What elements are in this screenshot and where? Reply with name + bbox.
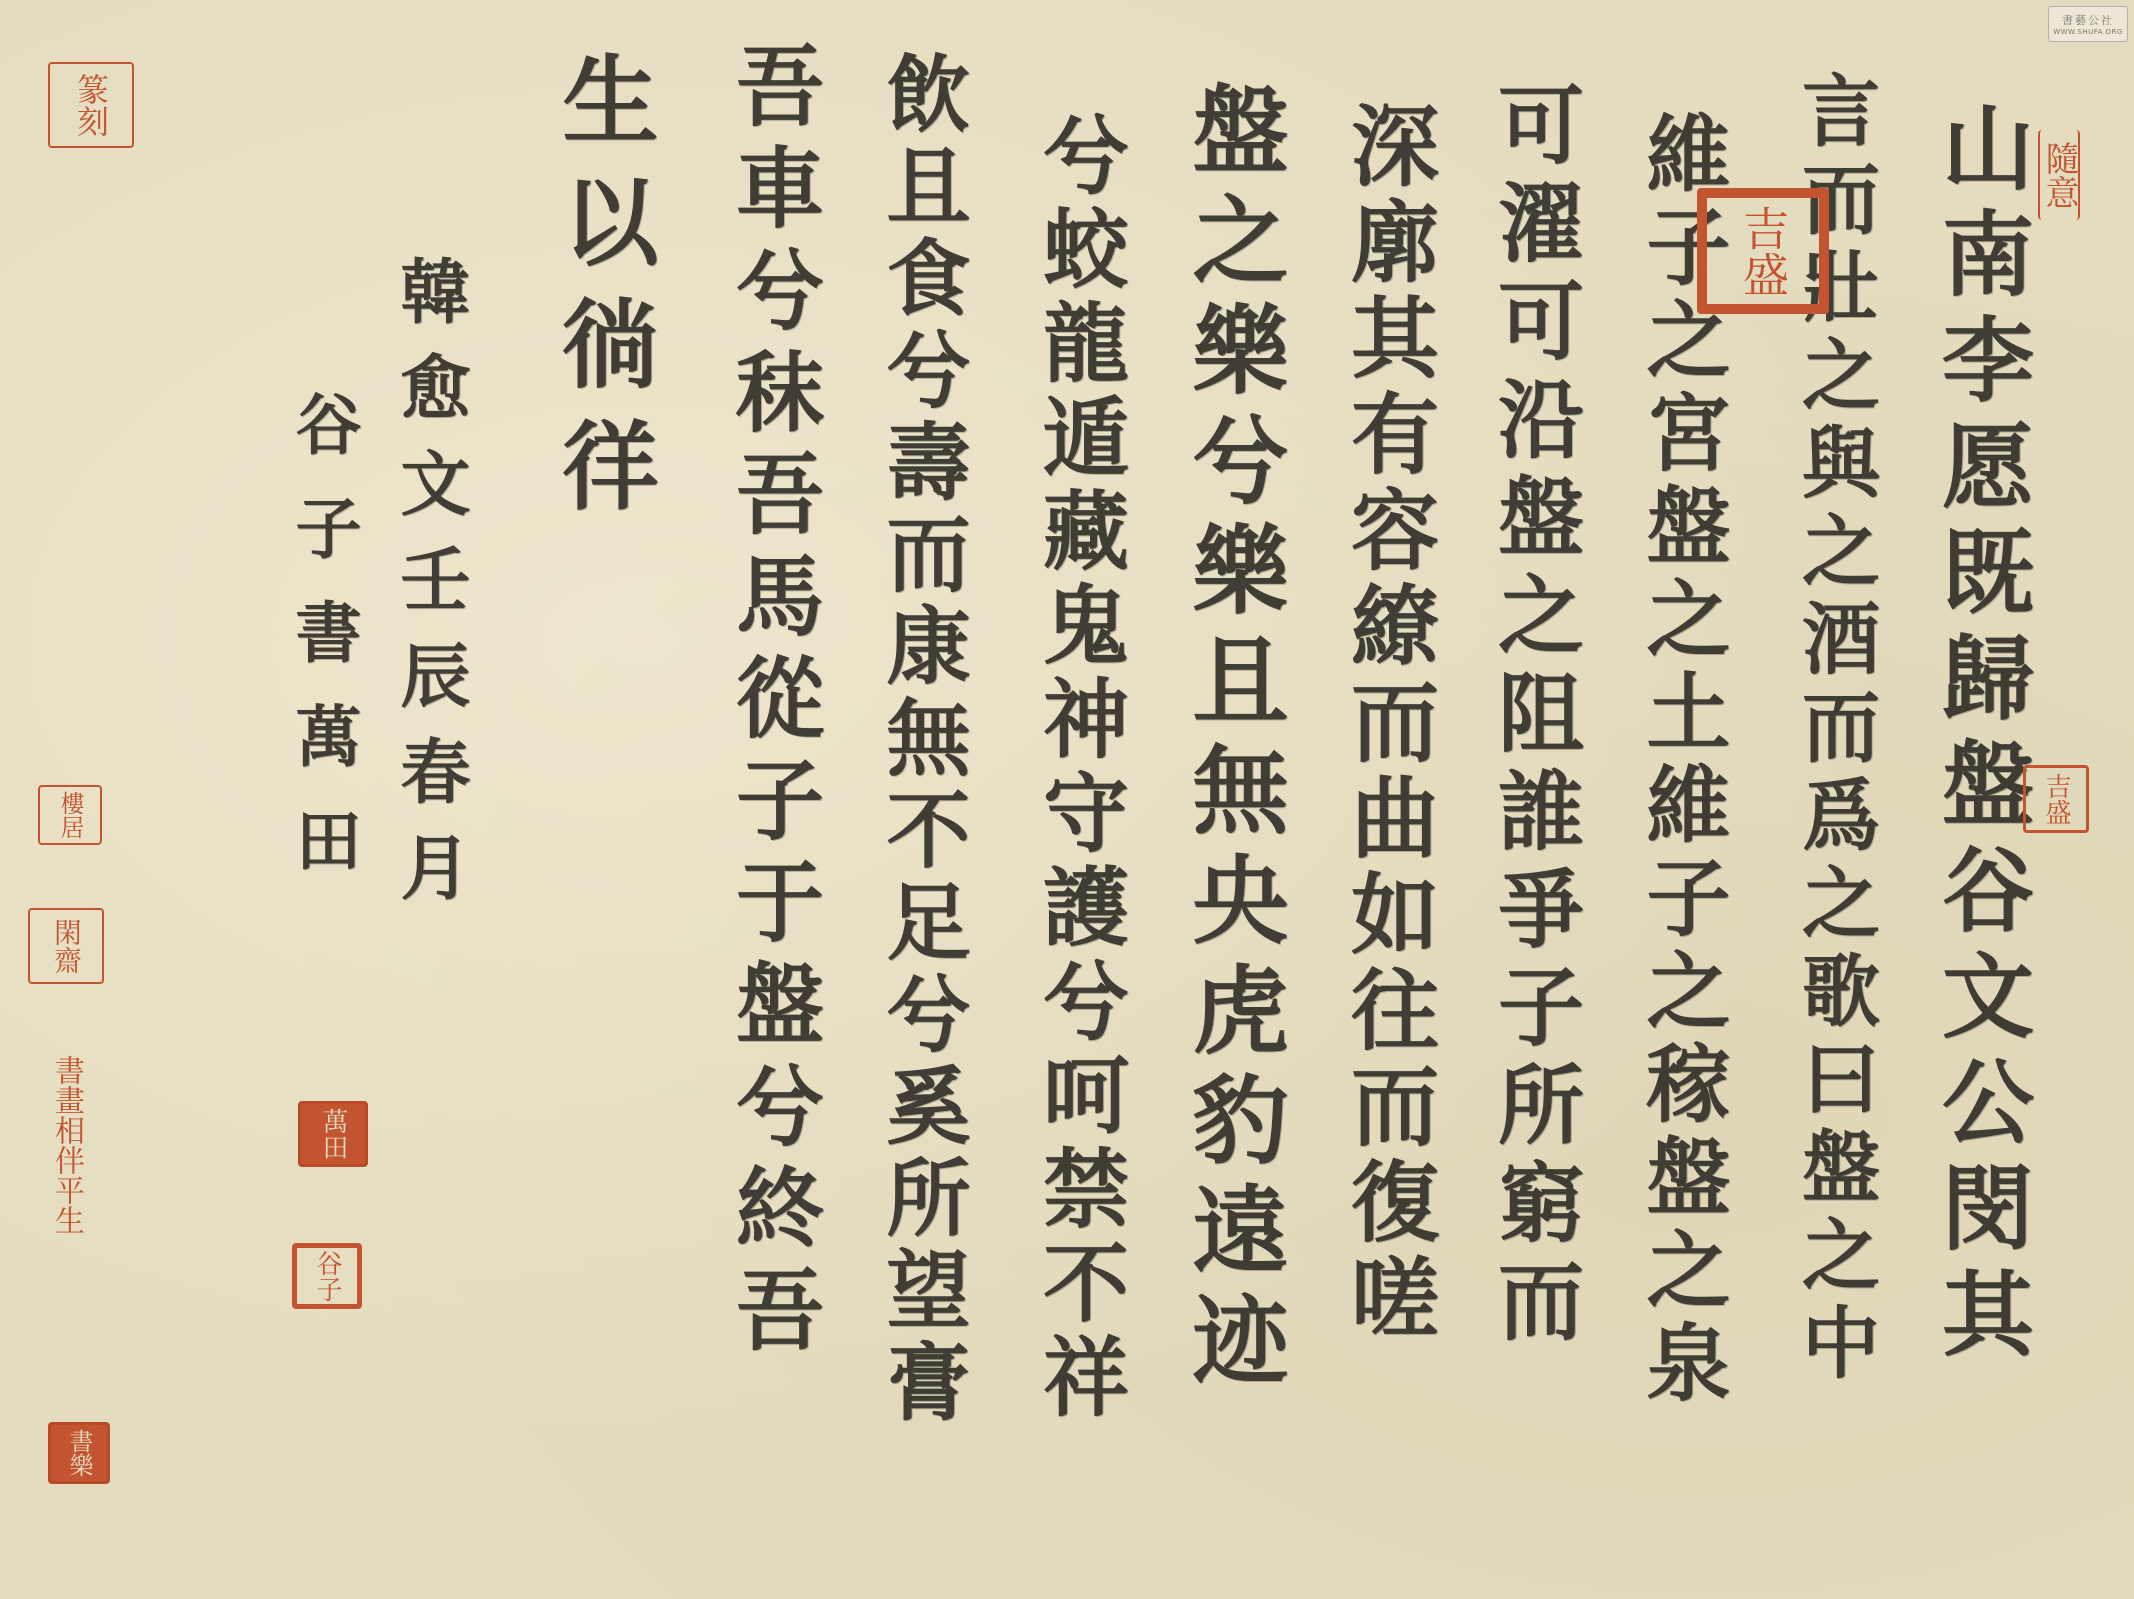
leader-seal-top-right: 隨意 [2038, 130, 2080, 220]
watermark-cn: 書藝公社 [2062, 12, 2114, 28]
text-column-1: 山南李愿既歸盤谷文公閔其 [1935, 100, 2027, 1372]
seal-right-mid: 吉盛 [2023, 765, 2089, 833]
text-column-8: 飲且食兮壽而康無不足兮奚所望膏 [880, 50, 964, 1430]
watermark-url: WWW.SHUFA.ORG [2053, 28, 2123, 36]
inscription-line-2: 谷子書萬田 [290, 390, 356, 910]
site-watermark: 書藝公社 WWW.SHUFA.ORG [2048, 6, 2128, 42]
signature-seal-1: 萬田 [298, 1101, 368, 1167]
text-column-9: 吾車兮秣吾馬從子于盤兮終吾 [730, 40, 818, 1366]
seal-left-tall: 書畫相伴平生 [46, 1040, 86, 1250]
text-column-10: 生以徜徉 [555, 50, 651, 538]
signature-seal-2: 谷子 [292, 1243, 362, 1309]
seal-left-bottom: 書樂 [48, 1422, 110, 1484]
text-column-6: 盤之樂兮樂且無央虎豹遠迹 [1185, 80, 1281, 1400]
collector-seal-center: 吉盛 [1697, 188, 1829, 314]
seal-top-left: 篆刻 [48, 62, 134, 148]
text-column-4: 可濯可沿盤之阻誰爭子所窮而 [1490, 80, 1576, 1354]
text-column-7: 兮蛟龍遁藏鬼神守護兮呵禁不祥 [1035, 110, 1121, 1426]
seal-left-mid-1: 樓居 [38, 785, 102, 845]
seal-left-mid-2: 閑齋 [28, 908, 104, 984]
text-column-5: 深廓其有容繚而曲如往而復嗟 [1345, 100, 1433, 1348]
calligraphy-paper: 書藝公社 WWW.SHUFA.ORG 山南李愿既歸盤谷文公閔其 言而壯之與之酒而… [0, 0, 2134, 1599]
inscription-line-1: 韓愈文壬辰春月 [395, 255, 465, 927]
